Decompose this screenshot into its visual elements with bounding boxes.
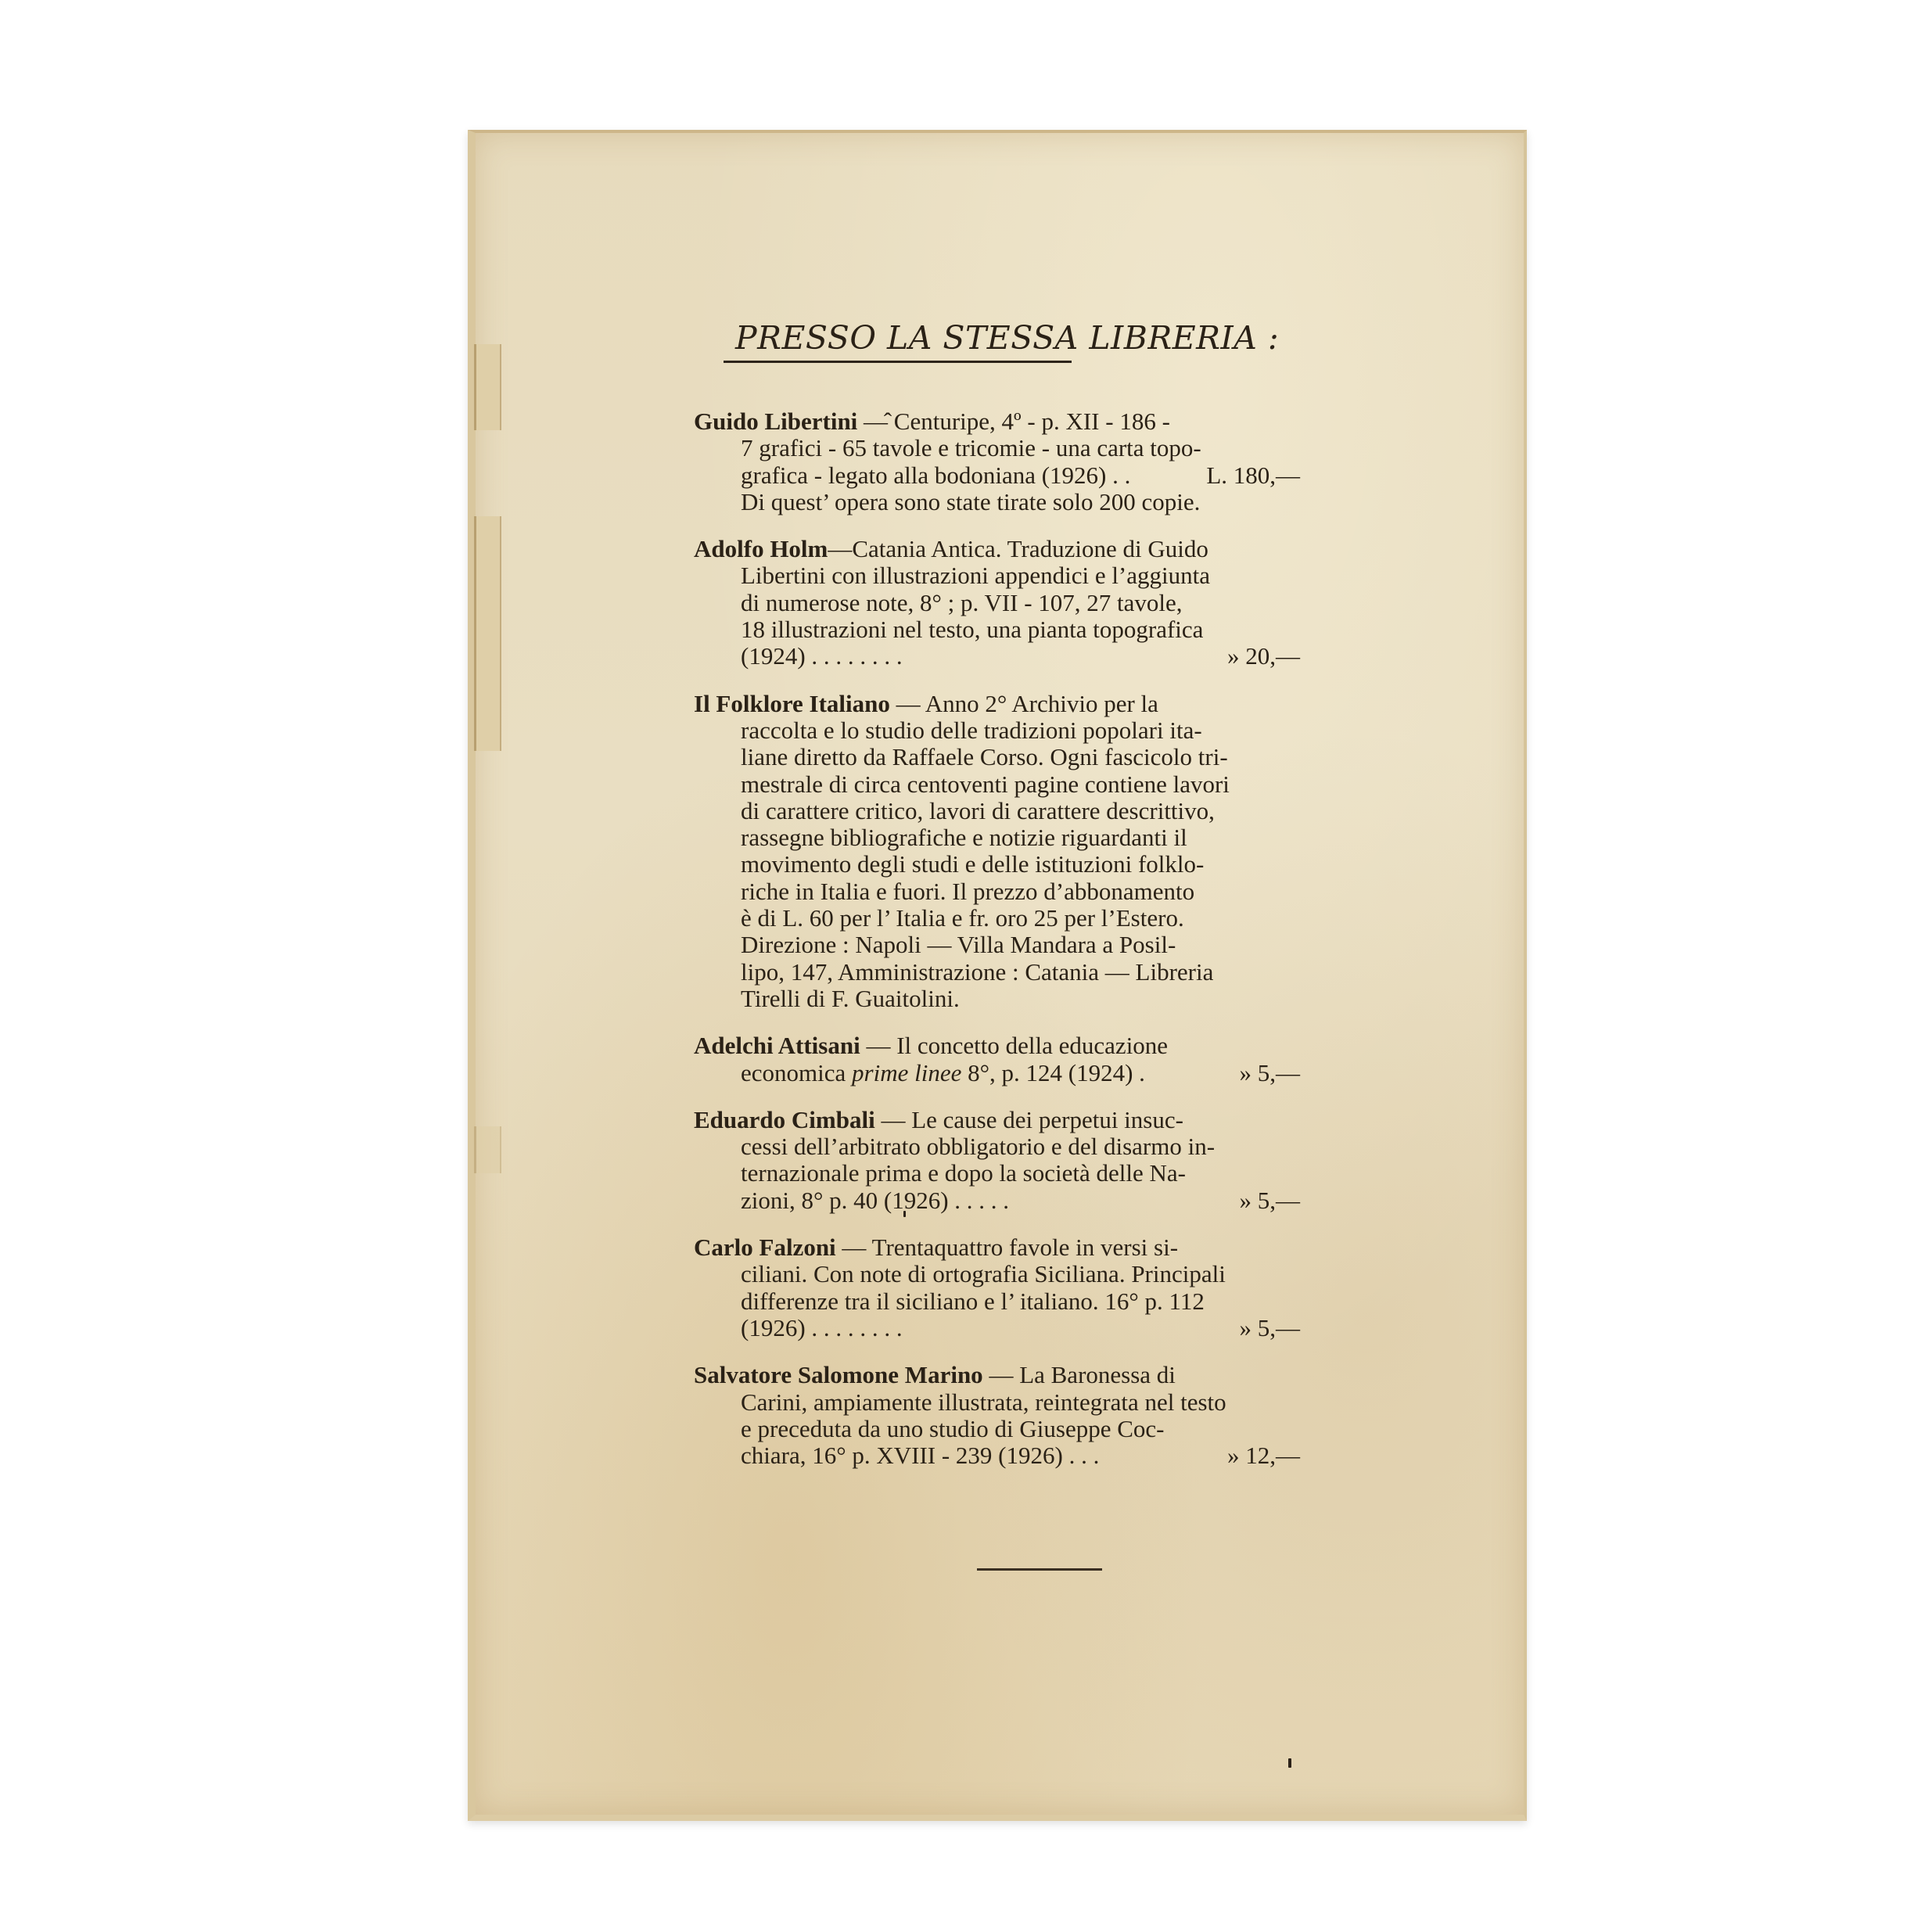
entry-line: Adelchi Attisani — Il concetto della edu… [694, 1032, 1390, 1059]
entry-description-line: Tirelli di F. Guaitolini. [694, 986, 1257, 1012]
book-entry: Adolfo Holm—Catania Antica. Traduzione d… [694, 536, 1390, 670]
entry-text: mestrale di circa centoventi pagine cont… [741, 771, 1230, 798]
entry-text: (1926) . . . . . . . . [741, 1315, 903, 1341]
entry-text: liane diretto da Raffaele Corso. Ogni fa… [741, 744, 1228, 770]
entry-line: di numerose note, 8° ; p. VII - 107, 27 … [694, 590, 1390, 616]
price-label: » 5,— [1240, 1315, 1391, 1341]
entry-description-line: ciliani. Con note di ortografia Sicilian… [694, 1261, 1257, 1287]
entry-text: movimento degli studi e delle istituzion… [741, 851, 1204, 878]
entry-text: di numerose note, 8° ; p. VII - 107, 27 … [741, 590, 1183, 616]
torn-spine-strip [474, 344, 501, 430]
book-entry: Carlo Falzoni — Trentaquattro favole in … [694, 1234, 1390, 1341]
entry-line: Libertini con illustrazioni appendici e … [694, 562, 1390, 589]
entry-description-line: lipo, 147, Amministrazione : Catania — L… [694, 959, 1257, 986]
torn-spine-strip [474, 516, 501, 751]
entry-text: Tirelli di F. Guaitolini. [741, 986, 960, 1012]
entry-description-line: (1926) . . . . . . . . [694, 1315, 1218, 1341]
entry-text: Carini, ampiamente illustrata, reintegra… [741, 1389, 1226, 1416]
author-name: Guido Libertini [694, 408, 857, 435]
entry-line: grafica - legato alla bodoniana (1926) .… [694, 462, 1390, 489]
entry-description-line: raccolta e lo studio delle tradizioni po… [694, 717, 1257, 744]
entry-description-line: Direzione : Napoli — Villa Mandara a Pos… [694, 932, 1257, 958]
entry-text: (1924) . . . . . . . . [741, 643, 903, 670]
entry-text: — Il concetto della educazione [860, 1032, 1168, 1059]
entry-text: Di quest’ opera sono state tirate solo 2… [741, 489, 1200, 515]
entry-text: — Trentaquattro favole in versi si- [836, 1234, 1178, 1261]
author-name: Carlo Falzoni [694, 1234, 836, 1261]
entry-description-line: Di quest’ opera sono state tirate solo 2… [694, 489, 1257, 515]
entry-title-line: Adelchi Attisani — Il concetto della edu… [694, 1032, 1257, 1059]
entry-text: cessi dell’arbitrato obbligatorio e del … [741, 1133, 1215, 1160]
entry-description-line: liane diretto da Raffaele Corso. Ogni fa… [694, 744, 1257, 770]
entry-description-line: di numerose note, 8° ; p. VII - 107, 27 … [694, 590, 1257, 616]
entry-text: — La Baronessa di [983, 1362, 1176, 1388]
entry-description-line: Libertini con illustrazioni appendici e … [694, 562, 1257, 589]
entry-line: chiara, 16° p. XVIII - 239 (1926) . . .»… [694, 1442, 1390, 1469]
entry-line: Guido Libertini —̂ Centuripe, 4º - p. XI… [694, 408, 1390, 435]
entry-line: Eduardo Cimbali — Le cause dei perpetui … [694, 1107, 1390, 1133]
author-name: Adolfo Holm [694, 536, 828, 562]
page-heading: PRESSO LA STESSA LIBRERIA : [735, 319, 1279, 357]
entry-description-line: economica prime linee 8°, p. 124 (1924) … [694, 1060, 1218, 1086]
entry-line: Il Folklore Italiano — Anno 2° Archivio … [694, 691, 1390, 717]
price-label: » 5,— [1240, 1060, 1391, 1086]
entry-line: zioni, 8° p. 40 (1926) . . . . .» 5,— [694, 1187, 1390, 1214]
entry-line: (1924) . . . . . . . .» 20,— [694, 643, 1390, 670]
entry-text: chiara, 16° p. XVIII - 239 (1926) . . . [741, 1442, 1099, 1469]
entry-description-line: rassegne bibliografiche e notizie riguar… [694, 824, 1257, 851]
entry-description-line: e preceduta da uno studio di Giuseppe Co… [694, 1416, 1257, 1442]
entry-line: liane diretto da Raffaele Corso. Ogni fa… [694, 744, 1390, 770]
price-label: » 12,— [1227, 1442, 1390, 1469]
entry-line: rassegne bibliografiche e notizie riguar… [694, 824, 1390, 851]
entry-title-line: Salvatore Salomone Marino — La Baronessa… [694, 1362, 1257, 1388]
entry-description-line: riche in Italia e fuori. Il prezzo d’abb… [694, 878, 1257, 905]
book-entry: Guido Libertini —̂ Centuripe, 4º - p. XI… [694, 408, 1390, 515]
entry-text: è di L. 60 per l’ Italia e fr. oro 25 pe… [741, 905, 1184, 932]
entry-line: differenze tra il siciliano e l’ italian… [694, 1288, 1390, 1315]
entry-line: lipo, 147, Amministrazione : Catania — L… [694, 959, 1390, 986]
entry-description-line: zioni, 8° p. 40 (1926) . . . . . [694, 1187, 1218, 1214]
entry-line: Di quest’ opera sono state tirate solo 2… [694, 489, 1390, 515]
entry-text: differenze tra il siciliano e l’ italian… [741, 1288, 1205, 1315]
entry-text: riche in Italia e fuori. Il prezzo d’abb… [741, 878, 1194, 905]
italic-subtitle: prime linee [852, 1060, 961, 1086]
entry-line: e preceduta da uno studio di Giuseppe Co… [694, 1416, 1390, 1442]
entry-line: movimento degli studi e delle istituzion… [694, 851, 1390, 878]
author-name: Eduardo Cimbali [694, 1107, 875, 1133]
entry-description-line: cessi dell’arbitrato obbligatorio e del … [694, 1133, 1257, 1160]
entry-line: riche in Italia e fuori. Il prezzo d’abb… [694, 878, 1390, 905]
entry-description-line: movimento degli studi e delle istituzion… [694, 851, 1257, 878]
entry-line: Carini, ampiamente illustrata, reintegra… [694, 1389, 1390, 1416]
entry-text: 8°, p. 124 (1924) . [961, 1060, 1145, 1086]
entry-line: ternazionale prima e dopo la società del… [694, 1160, 1390, 1187]
entry-title-line: Guido Libertini —̂ Centuripe, 4º - p. XI… [694, 408, 1257, 435]
book-list: Guido Libertini —̂ Centuripe, 4º - p. XI… [694, 408, 1390, 1489]
entry-text: lipo, 147, Amministrazione : Catania — L… [741, 959, 1213, 986]
entry-line: cessi dell’arbitrato obbligatorio e del … [694, 1133, 1390, 1160]
author-name: Adelchi Attisani [694, 1032, 860, 1059]
book-entry: Il Folklore Italiano — Anno 2° Archivio … [694, 691, 1390, 1013]
entry-line: mestrale di circa centoventi pagine cont… [694, 771, 1390, 798]
entry-text: — Le cause dei perpetui insuc- [875, 1107, 1183, 1133]
entry-title-line: Adolfo Holm—Catania Antica. Traduzione d… [694, 536, 1257, 562]
book-entry: Eduardo Cimbali — Le cause dei perpetui … [694, 1107, 1390, 1214]
entry-description-line: 7 grafici - 65 tavole e tricomie - una c… [694, 435, 1257, 461]
ink-speck [1288, 1758, 1291, 1768]
author-name: Il Folklore Italiano [694, 691, 890, 717]
book-entry: Adelchi Attisani — Il concetto della edu… [694, 1032, 1390, 1086]
entry-line: ciliani. Con note di ortografia Sicilian… [694, 1261, 1390, 1287]
entry-title-line: Eduardo Cimbali — Le cause dei perpetui … [694, 1107, 1257, 1133]
entry-title-line: Il Folklore Italiano — Anno 2° Archivio … [694, 691, 1257, 717]
ink-speck [903, 1211, 906, 1217]
entry-line: Salvatore Salomone Marino — La Baronessa… [694, 1362, 1390, 1388]
torn-spine-strip [474, 1126, 501, 1173]
entry-line: Direzione : Napoli — Villa Mandara a Pos… [694, 932, 1390, 958]
price-label: L. 180,— [1206, 462, 1390, 489]
entry-text: — Anno 2° Archivio per la [890, 691, 1158, 717]
heading-underline [724, 361, 1072, 363]
entry-description-line: chiara, 16° p. XVIII - 239 (1926) . . . [694, 1442, 1205, 1469]
entry-description-line: mestrale di circa centoventi pagine cont… [694, 771, 1257, 798]
entry-text: Direzione : Napoli — Villa Mandara a Pos… [741, 932, 1176, 958]
entry-description-line: ternazionale prima e dopo la società del… [694, 1160, 1257, 1187]
entry-text: grafica - legato alla bodoniana (1926) .… [741, 462, 1130, 489]
entry-line: 18 illustrazioni nel testo, una pianta t… [694, 616, 1390, 643]
author-name: Salvatore Salomone Marino [694, 1362, 983, 1388]
price-label: » 5,— [1240, 1187, 1391, 1214]
entry-line: di carattere critico, lavori di caratter… [694, 798, 1390, 824]
entry-description-line: differenze tra il siciliano e l’ italian… [694, 1288, 1257, 1315]
entry-text: ciliani. Con note di ortografia Sicilian… [741, 1261, 1226, 1287]
entry-description-line: 18 illustrazioni nel testo, una pianta t… [694, 616, 1257, 643]
entry-line: Carlo Falzoni — Trentaquattro favole in … [694, 1234, 1390, 1261]
entry-text: —Catania Antica. Traduzione di Guido [828, 536, 1208, 562]
entry-line: Adolfo Holm—Catania Antica. Traduzione d… [694, 536, 1390, 562]
entry-line: è di L. 60 per l’ Italia e fr. oro 25 pe… [694, 905, 1390, 932]
entry-line: (1926) . . . . . . . .» 5,— [694, 1315, 1390, 1341]
entry-text: di carattere critico, lavori di caratter… [741, 798, 1215, 824]
entry-text: 18 illustrazioni nel testo, una pianta t… [741, 616, 1203, 643]
entry-text: economica [741, 1060, 852, 1086]
entry-text: zioni, 8° p. 40 (1926) . . . . . [741, 1187, 1009, 1214]
entry-text: rassegne bibliografiche e notizie riguar… [741, 824, 1187, 851]
book-entry: Salvatore Salomone Marino — La Baronessa… [694, 1362, 1390, 1469]
entry-description-line: Carini, ampiamente illustrata, reintegra… [694, 1389, 1257, 1416]
entry-text: ternazionale prima e dopo la società del… [741, 1160, 1186, 1187]
entry-title-line: Carlo Falzoni — Trentaquattro favole in … [694, 1234, 1257, 1261]
entry-description-line: grafica - legato alla bodoniana (1926) .… [694, 462, 1184, 489]
entry-text: Libertini con illustrazioni appendici e … [741, 562, 1210, 589]
entry-description-line: (1924) . . . . . . . . [694, 643, 1205, 670]
entry-description-line: è di L. 60 per l’ Italia e fr. oro 25 pe… [694, 905, 1257, 932]
closing-rule [977, 1568, 1102, 1571]
entry-line: economica prime linee 8°, p. 124 (1924) … [694, 1060, 1390, 1086]
entry-line: raccolta e lo studio delle tradizioni po… [694, 717, 1390, 744]
entry-line: Tirelli di F. Guaitolini. [694, 986, 1390, 1012]
entry-line: 7 grafici - 65 tavole e tricomie - una c… [694, 435, 1390, 461]
entry-text: e preceduta da uno studio di Giuseppe Co… [741, 1416, 1165, 1442]
entry-text: 7 grafici - 65 tavole e tricomie - una c… [741, 435, 1201, 461]
price-label: » 20,— [1227, 643, 1390, 670]
entry-text: —̂ Centuripe, 4º - p. XII - 186 - [857, 408, 1170, 435]
entry-description-line: di carattere critico, lavori di caratter… [694, 798, 1257, 824]
entry-text: raccolta e lo studio delle tradizioni po… [741, 717, 1202, 744]
